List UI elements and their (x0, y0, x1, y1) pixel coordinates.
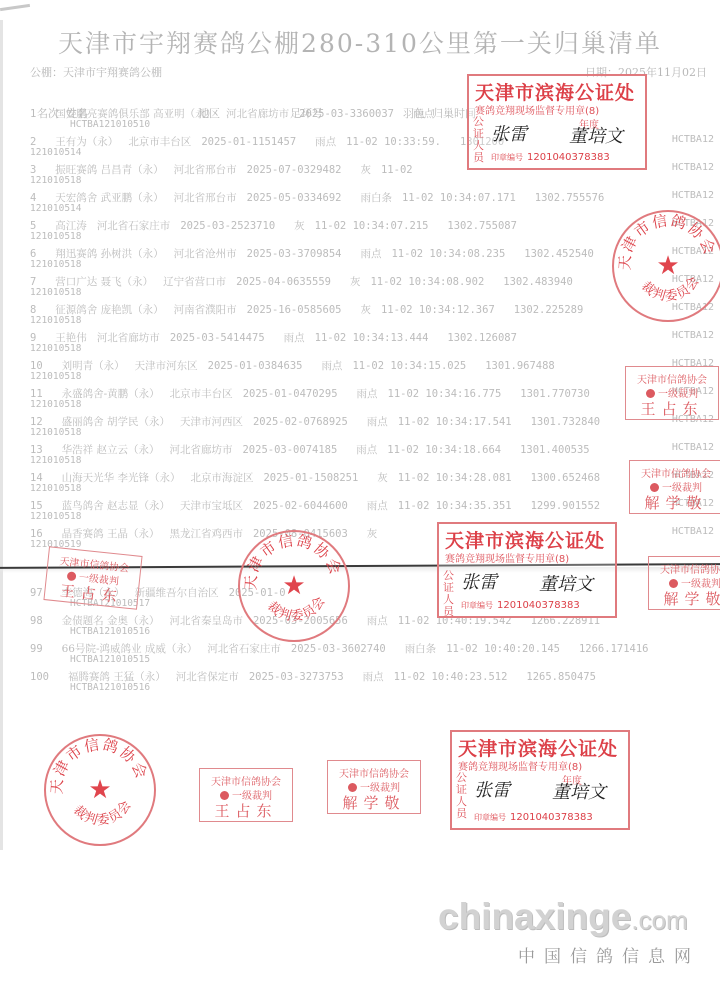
referee-stamp: 天津市信鸽协会 一级裁判 王占东 (625, 366, 719, 420)
notary-code-value: 1201040378383 (510, 812, 593, 823)
row-main: 5 高江涛 河北省石家庄市 2025-03-2523710 灰 11-02 10… (30, 218, 536, 233)
cell-ring: 2025-03-0074185 (242, 444, 356, 456)
cell-rank: 100 (30, 671, 68, 683)
cell-code: 121010518 (30, 371, 81, 382)
row-main: 13 华浩祥 赵立云（永） 河北省廊坊市 2025-03-0074185 雨点 … (30, 442, 609, 457)
referee-org: 天津市信鸽协会 (649, 561, 720, 576)
cell-region: 河北省廊坊市 (97, 332, 170, 344)
cell-ring: 2025-01-1508251 (263, 472, 377, 484)
notary-subtitle: 赛鸽竞翔现场监督专用章(8) (458, 758, 582, 773)
referee-committee-seal: 天津市信鸽协会裁判委员会★ (612, 210, 720, 322)
cell-time: 11-02 10:40:23.512 (394, 671, 527, 683)
cell-time: 11-02 10:34:08.902 (370, 276, 503, 288)
cell-code: 121010518 (30, 175, 81, 186)
svg-text:★: ★ (88, 775, 111, 805)
cell-code-right: HCTBA12 (672, 526, 714, 537)
referee-stamp: 天津市信鸽协会 一级裁判 王占东 (43, 546, 142, 610)
scan-corner-mark (0, 4, 30, 11)
cell-color: 雨点 (363, 671, 394, 683)
cell-time: 11-02 10:34:35.351 (398, 500, 531, 512)
cell-ring: 2025-02-0768925 (253, 416, 367, 428)
cell-time: 11-02 10:40:20.145 (446, 643, 579, 655)
cell-region: 河北省石家庄市 (97, 220, 181, 232)
cell-code: 121010518 (30, 259, 81, 270)
cell-speed: 1299.901552 (531, 500, 620, 512)
cell-region: 北京市海淀区 (190, 472, 263, 484)
cell-rank: 1 (30, 108, 55, 120)
organizer-value: 天津市宇翔赛鸽公棚 (63, 66, 162, 79)
table-row: 99 66号院-鸿威鸽业 成威（永） 河北省石家庄市 2025-03-36027… (0, 641, 720, 669)
referee-stamp: 天津市信鸽协会 一级裁判 解学敬 (629, 460, 720, 514)
seal-graphic: 天津市信鸽协会裁判委员会★ (240, 532, 348, 640)
notary-code-value: 1201040378383 (527, 152, 610, 163)
cell-region: 河北省石家庄市 (207, 643, 291, 655)
cell-speed: 1302.452540 (524, 248, 613, 260)
cell-color: 雨点 (356, 388, 387, 400)
cell-region: 河北省保定市 (176, 671, 249, 683)
cell-code: HCTBA121010516 (70, 626, 150, 637)
watermark-site: chinaxinge (438, 896, 631, 937)
cell-time: 11-02 10:34:07.215 (315, 220, 448, 232)
association-logo-icon (348, 783, 357, 792)
notary-code-label: 印章编号 (474, 813, 506, 822)
cell-color: 雨点 (356, 444, 387, 456)
cell-time: 11-02 10:34:12.367 (381, 304, 514, 316)
cell-color: 雨白条 (405, 643, 447, 655)
referee-org: 天津市信鸽协会 (630, 465, 720, 480)
association-logo-icon (669, 579, 678, 588)
notary-stamp: 天津市滨海公证处 赛鸽竞翔现场监督专用章(8) 年度 公证人员 张雷 董培文 印… (467, 74, 647, 170)
referee-stamp: 天津市信鸽协会 一级裁判 解学敬 (648, 556, 720, 610)
referee-stamp: 天津市信鸽协会 一级裁判 解学敬 (327, 760, 421, 814)
cell-speed: 1265.850475 (526, 671, 615, 683)
cell-color: 雨点 (315, 136, 346, 148)
table-row: 5 高江涛 河北省石家庄市 2025-03-2523710 灰 11-02 10… (0, 218, 720, 246)
cell-code: 121010518 (30, 343, 81, 354)
cell-ring: 2025-07-0329482 (247, 164, 361, 176)
cell-region: 天津市宝坻区 (180, 500, 253, 512)
cell-code: 121010518 (30, 287, 81, 298)
table-row: 13 华浩祥 赵立云（永） 河北省廊坊市 2025-03-0074185 雨点 … (0, 442, 720, 470)
signature: 董培文 (539, 570, 593, 596)
seal-graphic: 天津市信鸽协会裁判委员会★ (46, 736, 154, 844)
cell-time: 11-02 (381, 164, 432, 176)
referee-name: 解学敬 (649, 588, 720, 609)
notary-subtitle: 赛鸽竞翔现场监督专用章(8) (445, 550, 569, 565)
cell-speed: 1302.225289 (514, 304, 603, 316)
table-row: 10 刘明青（永） 天津市河东区 2025-01-0384635 雨点 11-0… (0, 358, 720, 386)
table-row: 8 征源鸽舍 庞艳凯（永） 河南省濮阳市 2025-16-0585605 灰 1… (0, 302, 720, 330)
association-logo-icon (220, 791, 229, 800)
row-main: 12 盛丽鸽舍 胡学民（永） 天津市河西区 2025-02-0768925 雨点… (30, 414, 619, 429)
row-main: 2 王有为（永） 北京市丰台区 2025-01-1151457 雨点 11-02… (30, 134, 523, 149)
cell-color: 灰 (360, 164, 381, 176)
cell-code: 121010518 (30, 231, 81, 242)
cell-time: 11-02 10:34:18.664 (387, 444, 520, 456)
cell-time: 11-02 10:34:28.081 (398, 472, 531, 484)
cell-speed: 1302.126087 (447, 332, 536, 344)
cell-region: 北京市丰台区 (128, 136, 201, 148)
row-main: 6 翔迅赛鸽 孙树洪（永） 河北省沧州市 2025-03-3709854 雨点 … (30, 246, 613, 261)
notary-code: 印章编号1201040378383 (461, 600, 580, 611)
cell-code: HCTBA121010510 (70, 119, 150, 130)
cell-time: 11-02 10:34:15.025 (352, 360, 485, 372)
cell-region: 河北省邢台市 (174, 164, 247, 176)
cell-color: 灰 (367, 528, 388, 540)
cell-ring: 2025-05-0334692 (247, 192, 361, 204)
cell-ring: 2025-03-3360037 (299, 108, 413, 120)
referee-org: 天津市信鸽协会 (626, 371, 718, 386)
cell-code-right: HCTBA12 (672, 330, 714, 341)
cell-region: 北京市丰台区 (170, 388, 243, 400)
cell-code: 121010514 (30, 147, 81, 158)
row-main: 7 营口广达 聂飞（永） 辽宁省营口市 2025-04-0635559 灰 11… (30, 274, 592, 289)
cell-speed: 1266.171416 (579, 643, 668, 655)
referee-stamp: 天津市信鸽协会 一级裁判 王占东 (199, 768, 293, 822)
notary-code-label: 印章编号 (461, 601, 493, 610)
cell-region: 辽宁省营口市 (163, 276, 236, 288)
cell-code-right: HCTBA12 (672, 190, 714, 201)
cell-region: 河北省廊坊市 (226, 108, 299, 120)
signature: 张雷 (474, 776, 510, 802)
cell-speed: 1302.483940 (503, 276, 592, 288)
cell-speed: 1302.755576 (535, 192, 624, 204)
notary-code: 印章编号1201040378383 (491, 152, 610, 163)
signature: 董培文 (552, 778, 606, 804)
notary-side-label: 公证人员 (473, 116, 485, 164)
cell-ring: 2025-03-2523710 (180, 220, 294, 232)
referee-org: 天津市信鸽协会 (200, 773, 292, 788)
cell-region: 天津市河西区 (180, 416, 253, 428)
watermark-subtitle: 中国信鸽信息网 (518, 942, 700, 967)
cell-rank: 98 (30, 615, 62, 627)
cell-ring: 2025-03-5414475 (170, 332, 284, 344)
referee-committee-seal: 天津市信鸽协会裁判委员会★ (238, 530, 350, 642)
cell-color: 雨点 (284, 332, 315, 344)
table-row: 9 王艳伟 河北省廊坊市 2025-03-5414475 雨点 11-02 10… (0, 330, 720, 358)
notary-subtitle: 赛鸽竞翔现场监督专用章(8) (475, 102, 599, 117)
cell-region: 河北省邢台市 (174, 192, 247, 204)
cell-color: 灰 (377, 472, 398, 484)
row-main: 10 刘明青（永） 天津市河东区 2025-01-0384635 雨点 11-0… (30, 358, 574, 373)
referee-name: 王占东 (200, 800, 292, 821)
cell-speed: 1300.652468 (531, 472, 620, 484)
cell-time: 11-02 10:34:07.171 (402, 192, 535, 204)
cell-region: 河南省濮阳市 (174, 304, 247, 316)
cell-ring: 2025-16-0585605 (247, 304, 361, 316)
notary-title: 天津市滨海公证处 (475, 78, 635, 105)
cell-code: 121010518 (30, 315, 81, 326)
association-logo-icon (646, 389, 655, 398)
cell-ring: 2025-04-0635559 (236, 276, 350, 288)
results-table: 1 国安鹏亮赛鸽俱乐部 高亚明（永） 河北省廊坊市 2025-03-336003… (0, 106, 720, 554)
cell-region: 天津市河东区 (135, 360, 208, 372)
table-row: 11 永盛鸽舍-黄鹏（永） 北京市丰台区 2025-01-0470295 雨点 … (0, 386, 720, 414)
cell-speed: 1302.755087 (447, 220, 536, 232)
organizer: 公棚：天津市宇翔赛鸽公棚 (30, 64, 162, 80)
svg-text:★: ★ (282, 571, 305, 601)
cell-color: 雨点 (360, 248, 391, 260)
svg-text:★: ★ (656, 251, 679, 281)
cell-ring: 2025-01-0470295 (243, 388, 357, 400)
cell-ring: 2025-01-0384635 (208, 360, 322, 372)
watermark-tld: .com (631, 905, 687, 935)
cell-speed: 1301.732840 (531, 416, 620, 428)
cell-color: 雨点 (321, 360, 352, 372)
cell-speed: 1301.967488 (485, 360, 574, 372)
cell-code: 121010518 (30, 483, 81, 494)
cell-time: 11-02 10:34:17.541 (398, 416, 531, 428)
cell-color: 灰 (294, 220, 315, 232)
cell-code: 121010518 (30, 511, 81, 522)
table-row: 7 营口广达 聂飞（永） 辽宁省营口市 2025-04-0635559 灰 11… (0, 274, 720, 302)
cell-color: 灰 (360, 304, 381, 316)
cell-ring: 2025-01-1151457 (201, 136, 315, 148)
table-row: 12 盛丽鸽舍 胡学民（永） 天津市河西区 2025-02-0768925 雨点… (0, 414, 720, 442)
cell-ring: 2025-03-3602740 (291, 643, 405, 655)
site-watermark: chinaxinge.com (438, 896, 688, 938)
signature: 张雷 (491, 120, 527, 146)
row-main: 4 天宏鸽舍 武亚鹏（永） 河北省邢台市 2025-05-0334692 雨白条… (30, 190, 623, 205)
cell-speed: 1301.770730 (520, 388, 609, 400)
cell-region: 河北省沧州市 (174, 248, 247, 260)
cell-code-right: HCTBA12 (672, 442, 714, 453)
cell-code: HCTBA121010516 (70, 682, 150, 693)
cell-color: 雨点 (367, 416, 398, 428)
cell-color: 雨点 (413, 108, 444, 120)
cell-code: 121010514 (30, 203, 81, 214)
table-row: 4 天宏鸽舍 武亚鹏（永） 河北省邢台市 2025-05-0334692 雨白条… (0, 190, 720, 218)
table-row: 100 福腾赛鸽 王猛（永） 河北省保定市 2025-03-3273753 雨点… (0, 669, 720, 697)
row-main: 3 振旺赛鸽 吕昌青（永） 河北省邢台市 2025-07-0329482 灰 1… (30, 162, 432, 177)
cell-time: 11-02 10:34:13.444 (315, 332, 448, 344)
cell-ring: 2025-03-3273753 (249, 671, 363, 683)
cell-speed: 1301.400535 (520, 444, 609, 456)
cell-color: 灰 (350, 276, 371, 288)
cell-code: 121010518 (30, 455, 81, 466)
row-main: 15 蓝鸟鸽舍 赵志显（永） 天津市宝坻区 2025-02-6044600 雨点… (30, 498, 619, 513)
notary-code-label: 印章编号 (491, 153, 523, 162)
notary-stamp: 天津市滨海公证处 赛鸽竞翔现场监督专用章(8) 公证人员 张雷 董培文 印章编号… (437, 522, 617, 618)
referee-committee-seal: 天津市信鸽协会裁判委员会★ (44, 734, 156, 846)
notary-side-label: 公证人员 (443, 570, 455, 618)
cell-code: 121010518 (30, 399, 81, 410)
document-title: 天津市宇翔赛鸽公棚280-310公里第一关归巢清单 (0, 24, 720, 60)
cell-time: 11-02 10:34:16.775 (388, 388, 521, 400)
cell-code: 121010518 (30, 427, 81, 438)
cell-ring: 2025-02-6044600 (253, 500, 367, 512)
row-main: 9 王艳伟 河北省廊坊市 2025-03-5414475 雨点 11-02 10… (30, 330, 536, 345)
table-row: 14 山海天光华 李光锋（永） 北京市海淀区 2025-01-1508251 灰… (0, 470, 720, 498)
notary-code: 印章编号1201040378383 (474, 812, 593, 823)
cell-code: HCTBA121010515 (70, 654, 150, 665)
cell-code-right: HCTBA12 (672, 134, 714, 145)
notary-code-value: 1201040378383 (497, 600, 580, 611)
notary-stamp: 天津市滨海公证处 赛鸽竞翔现场监督专用章(8) 年度 公证人员 张雷 董培文 印… (450, 730, 630, 830)
organizer-label: 公棚： (30, 66, 63, 79)
notary-side-label: 公证人员 (456, 772, 468, 820)
referee-name: 王占东 (626, 398, 718, 419)
referee-org: 天津市信鸽协会 (328, 765, 420, 780)
cell-color: 雨点 (367, 615, 398, 627)
notary-title: 天津市滨海公证处 (458, 734, 618, 761)
cell-time: 11-02 10:33:59. (346, 136, 460, 148)
referee-name: 解学敬 (630, 492, 720, 513)
cell-code-right: HCTBA12 (672, 162, 714, 173)
signature: 张雷 (461, 568, 497, 594)
referee-name: 解学敬 (328, 792, 420, 813)
row-main: 11 永盛鸽舍-黄鹏（永） 北京市丰台区 2025-01-0470295 雨点 … (30, 386, 609, 401)
notary-title: 天津市滨海公证处 (445, 526, 605, 553)
cell-color: 雨点 (367, 500, 398, 512)
row-main: 14 山海天光华 李光锋（永） 北京市海淀区 2025-01-1508251 灰… (30, 470, 619, 485)
cell-color: 雨白条 (360, 192, 402, 204)
signature: 董培文 (569, 122, 623, 148)
cell-rank: 99 (30, 643, 62, 655)
association-logo-icon (650, 483, 659, 492)
cell-region: 河北省廊坊市 (169, 444, 242, 456)
seal-graphic: 天津市信鸽协会裁判委员会★ (614, 212, 720, 320)
cell-ring: 2025-03-3709854 (247, 248, 361, 260)
cell-time: 11-02 10:34:08.235 (391, 248, 524, 260)
row-main: 8 征源鸽舍 庞艳凯（永） 河南省濮阳市 2025-16-0585605 灰 1… (30, 302, 602, 317)
